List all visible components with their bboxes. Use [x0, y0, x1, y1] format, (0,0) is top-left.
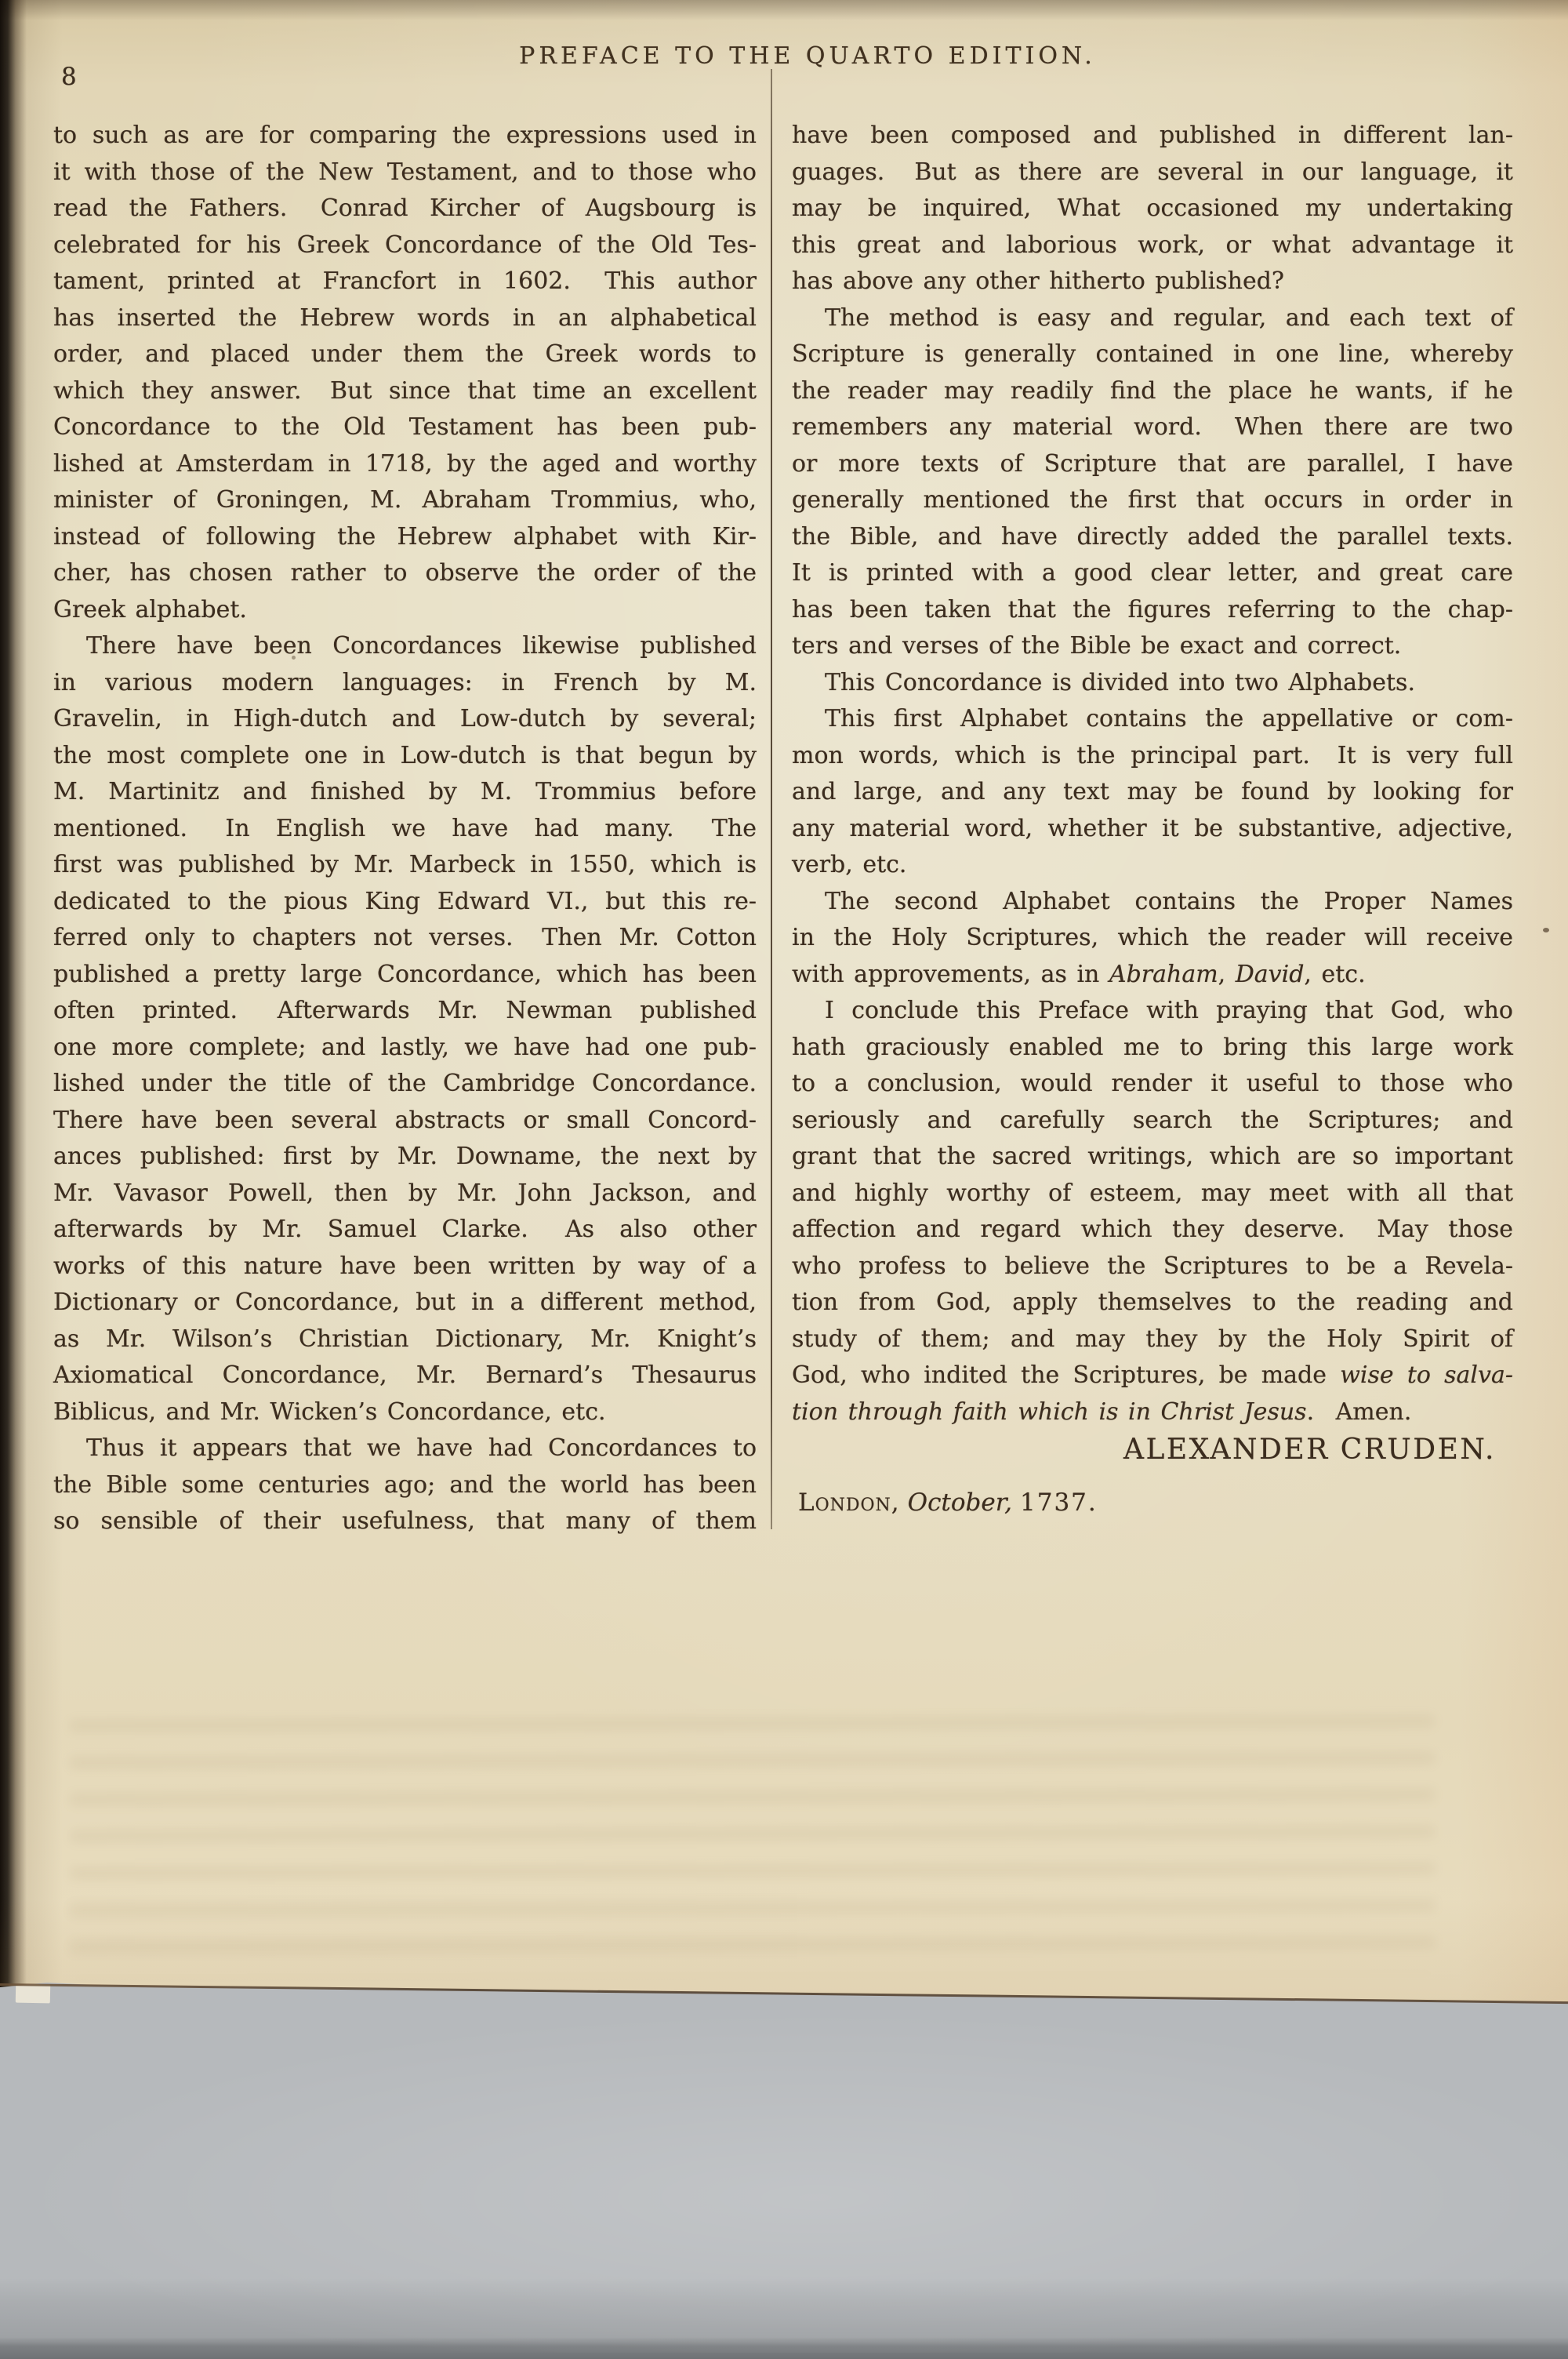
text-line: minister of Groningen, M. Abraham Trommi…: [53, 482, 757, 519]
text-line: The method is easy and regular, and each…: [792, 300, 1513, 337]
text-line: Thus it appears that we have had Concord…: [53, 1430, 757, 1467]
text-line: have been composed and published in diff…: [792, 118, 1513, 154]
text-line: the reader may readily find the place he…: [792, 373, 1513, 410]
text-line: has inserted the Hebrew words in an alph…: [53, 300, 757, 337]
text-line: and large, and any text may be found by …: [792, 774, 1513, 811]
text-line: it with those of the New Testament, and …: [53, 154, 757, 191]
text-line: the Bible some centuries ago; and the wo…: [53, 1467, 757, 1504]
text-line: so sensible of their usefulness, that ma…: [53, 1503, 757, 1540]
text-line: tion from God, apply themselves to the r…: [792, 1285, 1513, 1321]
text-line: remembers any material word. When there …: [792, 409, 1513, 446]
text-line: with approvements, as in Abraham, David,…: [792, 957, 1513, 994]
text-line: The second Alphabet contains the Proper …: [792, 884, 1513, 921]
text-line: which they answer. But since that time a…: [53, 373, 757, 410]
text-line: ances published: first by Mr. Downame, t…: [53, 1139, 757, 1176]
dateline-place: London,: [798, 1488, 900, 1517]
text-line: Mr. Vavasor Powell, then by Mr. John Jac…: [53, 1176, 757, 1212]
text-line: Dictionary or Concordance, but in a diff…: [53, 1285, 757, 1321]
dateline-year: 1737.: [1020, 1488, 1098, 1517]
text-line: or more texts of Scripture that are para…: [792, 446, 1513, 483]
text-line: cher, has chosen rather to observe the o…: [53, 555, 757, 592]
text-line: lished under the title of the Cambridge …: [53, 1066, 757, 1103]
text-line: grant that the sacred writings, which ar…: [792, 1139, 1513, 1176]
text-line: ters and verses of the Bible be exact an…: [792, 628, 1513, 665]
text-line: often printed. Afterwards Mr. Newman pub…: [53, 993, 757, 1030]
book-page: 8 PREFACE TO THE QUARTO EDITION. to such…: [0, 0, 1568, 2008]
text-line: the Bible, and have directly added the p…: [792, 519, 1513, 556]
text-line: has above any other hitherto published?: [792, 264, 1513, 300]
text-line: and highly worthy of esteem, may meet wi…: [792, 1176, 1513, 1212]
scanned-book-page: 8 PREFACE TO THE QUARTO EDITION. to such…: [0, 0, 1568, 2359]
text-line: ferred only to chapters not verses. Then…: [53, 920, 757, 957]
text-line: as Mr. Wilson’s Christian Dictionary, Mr…: [53, 1321, 757, 1358]
text-line: tament, printed at Francfort in 1602. Th…: [53, 264, 757, 300]
text-line: generally mentioned the first that occur…: [792, 482, 1513, 519]
text-line: the most complete one in Low-dutch is th…: [53, 738, 757, 775]
text-line: Axiomatical Concordance, Mr. Bernard’s T…: [53, 1358, 757, 1394]
text-line: mentioned. In English we have had many. …: [53, 811, 757, 848]
bleed-through-ghost-text: [70, 1715, 1435, 1979]
text-line: first was published by Mr. Marbeck in 15…: [53, 847, 757, 884]
text-line: read the Fathers. Conrad Kircher of Augs…: [53, 191, 757, 227]
text-line: There have been several abstracts or sma…: [53, 1103, 757, 1140]
text-line: This Concordance is divided into two Alp…: [792, 665, 1513, 702]
text-line: Concordance to the Old Testament has bee…: [53, 409, 757, 446]
text-line: Scripture is generally contained in one …: [792, 336, 1513, 373]
left-text-column: to such as are for comparing the express…: [53, 118, 757, 1540]
text-line: Gravelin, in High-dutch and Low-dutch by…: [53, 701, 757, 738]
dateline: London,October,1737.: [798, 1488, 1098, 1517]
text-line: has been taken that the figures referrin…: [792, 592, 1513, 629]
text-line: in various modern languages: in French b…: [53, 665, 757, 702]
text-line: order, and placed under them the Greek w…: [53, 336, 757, 373]
text-line: may be inquired, What occasioned my unde…: [792, 191, 1513, 227]
text-line: M. Martinitz and finished by M. Trommius…: [53, 774, 757, 811]
page-corner-tab: [16, 1984, 50, 2004]
text-line: Greek alphabet.: [53, 592, 757, 629]
text-line: works of this nature have been written b…: [53, 1249, 757, 1285]
book-gutter-shadow: [0, 0, 27, 2008]
text-line: hath graciously enabled me to bring this…: [792, 1030, 1513, 1067]
text-line: afterwards by Mr. Samuel Clarke. As also…: [53, 1212, 757, 1249]
dateline-month: October,: [908, 1488, 1012, 1517]
text-line: to such as are for comparing the express…: [53, 118, 757, 154]
page-number: 8: [61, 63, 77, 91]
text-line: guages. But as there are several in our …: [792, 154, 1513, 191]
scanner-background-glow: [0, 2008, 1568, 2353]
text-line: any material word, whether it be substan…: [792, 811, 1513, 848]
text-line: lished at Amsterdam in 1718, by the aged…: [53, 446, 757, 483]
text-line: mon words, which is the principal part. …: [792, 738, 1513, 775]
text-line: verb, etc.: [792, 847, 1513, 884]
text-line: This first Alphabet contains the appella…: [792, 701, 1513, 738]
text-line: dedicated to the pious King Edward VI., …: [53, 884, 757, 921]
text-line: I conclude this Preface with praying tha…: [792, 993, 1513, 1030]
text-line: affection and regard which they deserve.…: [792, 1212, 1513, 1249]
text-line: Biblicus, and Mr. Wicken’s Concordance, …: [53, 1394, 757, 1431]
running-header: PREFACE TO THE QUARTO EDITION.: [368, 42, 1247, 70]
text-line: seriously and carefully search the Scrip…: [792, 1103, 1513, 1140]
text-line: published a pretty large Concordance, wh…: [53, 957, 757, 994]
right-text-column: have been composed and published in diff…: [792, 118, 1513, 1430]
text-line: who profess to believe the Scriptures to…: [792, 1249, 1513, 1285]
text-line: to a conclusion, would render it useful …: [792, 1066, 1513, 1103]
text-line: one more complete; and lastly, we have h…: [53, 1030, 757, 1067]
text-line: There have been Concordances likewise pu…: [53, 628, 757, 665]
column-divider-rule: [771, 69, 772, 1529]
paper-speck: [292, 656, 296, 660]
text-line: God, who indited the Scriptures, be made…: [792, 1358, 1513, 1394]
page-top-shadow: [0, 0, 1568, 20]
text-line: this great and laborious work, or what a…: [792, 227, 1513, 264]
text-line: study of them; and may they by the Holy …: [792, 1321, 1513, 1358]
text-line: in the Holy Scriptures, which the reader…: [792, 920, 1513, 957]
paper-speck: [1543, 928, 1549, 932]
text-line: It is printed with a good clear letter, …: [792, 555, 1513, 592]
text-line: tion through faith which is in Christ Je…: [792, 1394, 1513, 1431]
text-line: celebrated for his Greek Concordance of …: [53, 227, 757, 264]
text-line: instead of following the Hebrew alphabet…: [53, 519, 757, 556]
author-signature: ALEXANDER CRUDEN.: [1123, 1434, 1496, 1466]
